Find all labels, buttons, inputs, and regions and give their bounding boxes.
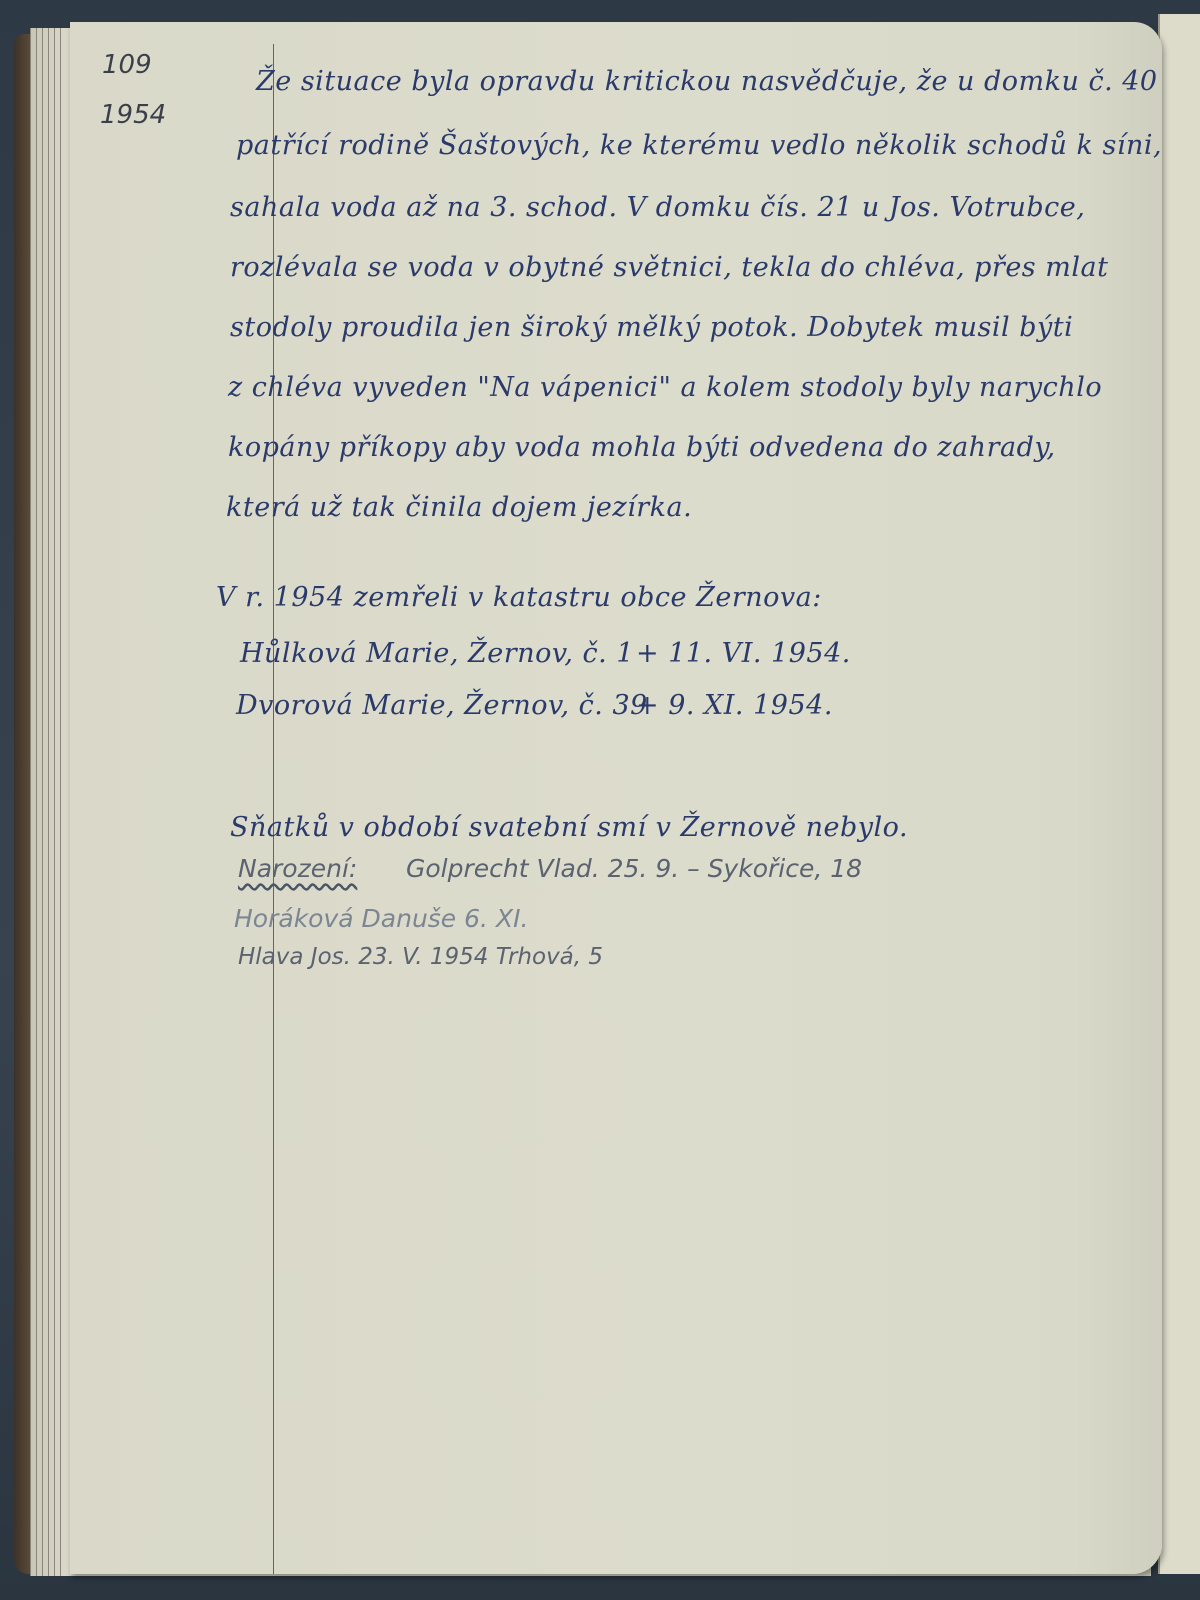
- page-number: 109: [102, 50, 152, 80]
- paragraph-line: rozlévala se voda v obytné světnici, tek…: [230, 252, 1108, 283]
- birth-entry: Golprecht Vlad. 25. 9. – Sykořice, 18: [406, 854, 862, 883]
- scanned-book-page: 109 1954 Že situace byla opravdu kritick…: [0, 0, 1200, 1600]
- paragraph-line: stodoly proudila jen široký mělký potok.…: [230, 312, 1073, 343]
- birth-entry: Hlava Jos. 23. V. 1954 Trhová, 5: [238, 944, 603, 970]
- paragraph-line: sahala voda až na 3. schod. V domku čís.…: [230, 192, 1085, 223]
- paragraph-line: kopány příkopy aby voda mohla býti odved…: [228, 432, 1056, 463]
- paragraph-line: z chléva vyveden "Na vápenici" a kolem s…: [228, 372, 1102, 403]
- death-entry-name: Dvorová Marie, Žernov, č. 39: [236, 690, 648, 721]
- chronicle-page: 109 1954 Že situace byla opravdu kritick…: [70, 22, 1162, 1574]
- death-entry-date: + 11. VI. 1954.: [636, 638, 851, 669]
- paragraph-line: patřící rodině Šaštových, ke kterému ved…: [236, 130, 1162, 161]
- margin-year: 1954: [100, 100, 166, 130]
- facing-page: [1158, 14, 1200, 1574]
- marriages-note: Sňatků v období svatební smí v Žernově n…: [230, 812, 908, 843]
- paragraph-line: Že situace byla opravdu kritickou nasvěd…: [256, 66, 1158, 97]
- birth-entry: Horáková Danuše 6. XI.: [234, 904, 528, 933]
- births-label: Narození:: [238, 854, 357, 883]
- death-entry-date: + 9. XI. 1954.: [636, 690, 833, 721]
- deaths-heading: V r. 1954 zemřeli v katastru obce Žernov…: [216, 582, 822, 613]
- paragraph-line: která už tak činila dojem jezírka.: [226, 492, 692, 523]
- death-entry-name: Hůlková Marie, Žernov, č. 1: [240, 638, 634, 669]
